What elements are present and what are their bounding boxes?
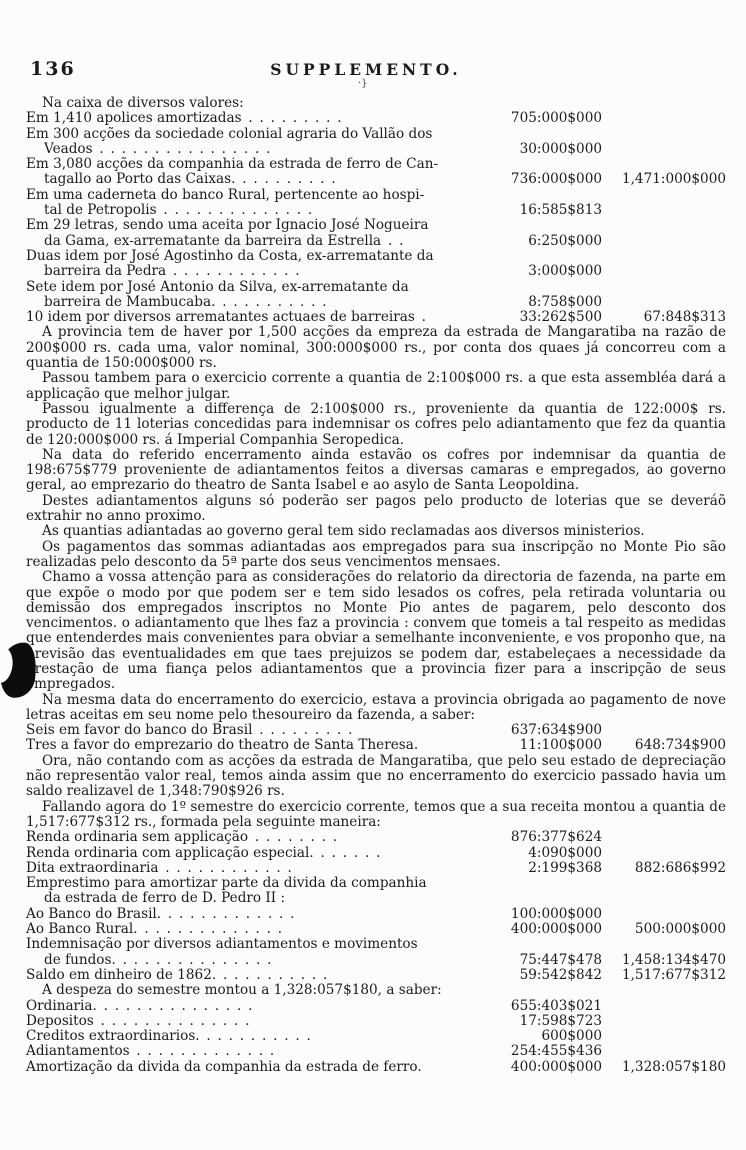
amount-col1: 736:000$000 — [506, 172, 602, 187]
row-label: Tres a favor do emprezario do theatro de… — [26, 738, 506, 753]
page-number: 136 — [30, 58, 76, 80]
document-page: 136 SUPPLEMENTO. ·} Na caixa de diversos… — [0, 0, 746, 1150]
table-row: Adiantamentos . . . . . . . . . . . . . … — [26, 1044, 726, 1059]
amount-col1: 705:000$000 — [506, 111, 602, 126]
amount-col1: 876:377$624 — [506, 830, 602, 845]
amount-col1: 16:585$813 — [506, 203, 602, 218]
row-label: Saldo em dinheiro de 1862. . . . . . . .… — [26, 968, 506, 983]
amount-col1: 30:000$000 — [506, 142, 602, 157]
table-row: Emprestimo para amortizar parte da divid… — [26, 876, 726, 907]
amount-col1: 17:598$723 — [506, 1014, 602, 1029]
amount-col1: 400:000$000 — [506, 1060, 602, 1075]
running-title: SUPPLEMENTO. — [186, 60, 546, 79]
table-row: 10 idem por diversos arrematantes actuae… — [26, 310, 726, 325]
amount-col1: 75:447$478 — [506, 953, 602, 968]
paragraph: A provincia tem de haver por 1,500 acçõe… — [26, 325, 726, 371]
page-header: 136 SUPPLEMENTO. ·} — [26, 58, 726, 96]
amount-col2: 1,458:134$470 — [602, 953, 726, 968]
paragraph: Passou igualmente a differença de 2:100$… — [26, 402, 726, 448]
row-label: Em 29 letras, sendo uma aceita por Ignac… — [26, 218, 506, 249]
row-label: Amortização da divida da companhia da es… — [26, 1060, 506, 1075]
amount-col1: 400:000$000 — [506, 922, 602, 937]
table-row: Em 1,410 apolices amortizadas . . . . . … — [26, 111, 726, 126]
row-label: Emprestimo para amortizar parte da divid… — [26, 876, 506, 907]
amount-col1: 33:262$500 — [506, 310, 602, 325]
table-row: Em 300 acções da sociedade colonial agra… — [26, 127, 726, 158]
amount-col1: 100:000$000 — [506, 907, 602, 922]
amount-col1: 600$000 — [506, 1029, 602, 1044]
amount-col2: 1,328:057$180 — [602, 1060, 726, 1075]
paragraph: Chamo a vossa attenção para as considera… — [26, 570, 726, 692]
row-label: Dita extraordinaria . . . . . . . . . . … — [26, 861, 506, 876]
table-row: Ao Banco Rural. . . . . . . . . . . . . … — [26, 922, 726, 937]
amount-col1: 3:000$000 — [506, 264, 602, 279]
row-label: Seis em favor do banco do Brasil . . . .… — [26, 723, 506, 738]
table-row: Em uma caderneta do banco Rural, pertenc… — [26, 188, 726, 219]
paragraph: As quantias adiantadas ao governo geral … — [26, 524, 726, 539]
amount-col2: 500:000$000 — [602, 922, 726, 937]
paragraph: Fallando agora do 1º semestre do exercic… — [26, 800, 726, 831]
table-row: Creditos extraordinarios. . . . . . . . … — [26, 1029, 726, 1044]
section-intro: A despeza do semestre montou a 1,328:057… — [26, 983, 726, 998]
amount-col1: 11:100$000 — [506, 738, 602, 753]
row-label: Em 1,410 apolices amortizadas . . . . . … — [26, 111, 506, 126]
table-row: Sete idem por José Antonio da Silva, ex-… — [26, 280, 726, 311]
row-label: 10 idem por diversos arrematantes actuae… — [26, 310, 506, 325]
table-row: Duas idem por José Agostinho da Costa, e… — [26, 249, 726, 280]
amount-col2: 1,517:677$312 — [602, 968, 726, 983]
amount-col2: 648:734$900 — [602, 738, 726, 753]
amount-col2: 67:848$313 — [602, 310, 726, 325]
amount-col1: 4:090$000 — [506, 846, 602, 861]
amount-col2: 1,471:000$000 — [602, 172, 726, 187]
table-row: Em 29 letras, sendo uma aceita por Ignac… — [26, 218, 726, 249]
row-label: Em uma caderneta do banco Rural, pertenc… — [26, 188, 506, 219]
amount-col1: 637:634$900 — [506, 723, 602, 738]
row-label: Em 300 acções da sociedade colonial agra… — [26, 127, 506, 158]
paragraph: Na mesma data do encerramento do exercic… — [26, 693, 726, 724]
table-row: Ao Banco do Brasil. . . . . . . . . . . … — [26, 907, 726, 922]
row-label: Renda ordinaria sem applicação . . . . .… — [26, 830, 506, 845]
row-label: Ao Banco do Brasil. . . . . . . . . . . … — [26, 907, 506, 922]
row-label: Renda ordinaria com applicação especial.… — [26, 846, 506, 861]
table-row: Renda ordinaria sem applicação . . . . .… — [26, 830, 726, 845]
amount-col1: 655:403$021 — [506, 999, 602, 1014]
page-body: Na caixa de diversos valores: Em 1,410 a… — [26, 96, 726, 1075]
table-row: Renda ordinaria com applicação especial.… — [26, 846, 726, 861]
table-row: Dita extraordinaria . . . . . . . . . . … — [26, 861, 726, 876]
table-row: Depositos . . . . . . . . . . . . . . 17… — [26, 1014, 726, 1029]
row-label: Duas idem por José Agostinho da Costa, e… — [26, 249, 506, 280]
row-label: Ao Banco Rural. . . . . . . . . . . . . … — [26, 922, 506, 937]
amount-col1: 254:455$436 — [506, 1044, 602, 1059]
row-label: Adiantamentos . . . . . . . . . . . . . — [26, 1044, 506, 1059]
paragraph: Passou tambem para o exercicio corrente … — [26, 371, 726, 402]
table-row: Amortização da divida da companhia da es… — [26, 1060, 726, 1075]
table-row: Saldo em dinheiro de 1862. . . . . . . .… — [26, 968, 726, 983]
row-label: Indemnisação por diversos adiantamentos … — [26, 937, 506, 968]
amount-col1: 8:758$000 — [506, 295, 602, 310]
row-label: Em 3,080 acções da companhia da estrada … — [26, 157, 506, 188]
table-row: Ordinaria. . . . . . . . . . . . . . . 6… — [26, 999, 726, 1014]
row-label: Ordinaria. . . . . . . . . . . . . . . — [26, 999, 506, 1014]
section-intro: Na caixa de diversos valores: — [26, 96, 726, 111]
paragraph: Na data do referido encerramento ainda e… — [26, 448, 726, 494]
row-label: Depositos . . . . . . . . . . . . . . — [26, 1014, 506, 1029]
table-row: Tres a favor do emprezario do theatro de… — [26, 738, 726, 753]
paragraph: Os pagamentos das sommas adiantadas aos … — [26, 540, 726, 571]
amount-col2: 882:686$992 — [602, 861, 726, 876]
row-label: Sete idem por José Antonio da Silva, ex-… — [26, 280, 506, 311]
paragraph: Ora, não contando com as acções da estra… — [26, 754, 726, 800]
amount-col1: 2:199$368 — [506, 861, 602, 876]
amount-col1: 6:250$000 — [506, 234, 602, 249]
amount-col1: 59:542$842 — [506, 968, 602, 983]
header-mark: ·} — [358, 78, 368, 89]
table-row: Em 3,080 acções da companhia da estrada … — [26, 157, 726, 188]
paragraph: Destes adiantamentos alguns só poderão s… — [26, 494, 726, 525]
row-label: Creditos extraordinarios. . . . . . . . … — [26, 1029, 506, 1044]
table-row: Indemnisação por diversos adiantamentos … — [26, 937, 726, 968]
table-row: Seis em favor do banco do Brasil . . . .… — [26, 723, 726, 738]
